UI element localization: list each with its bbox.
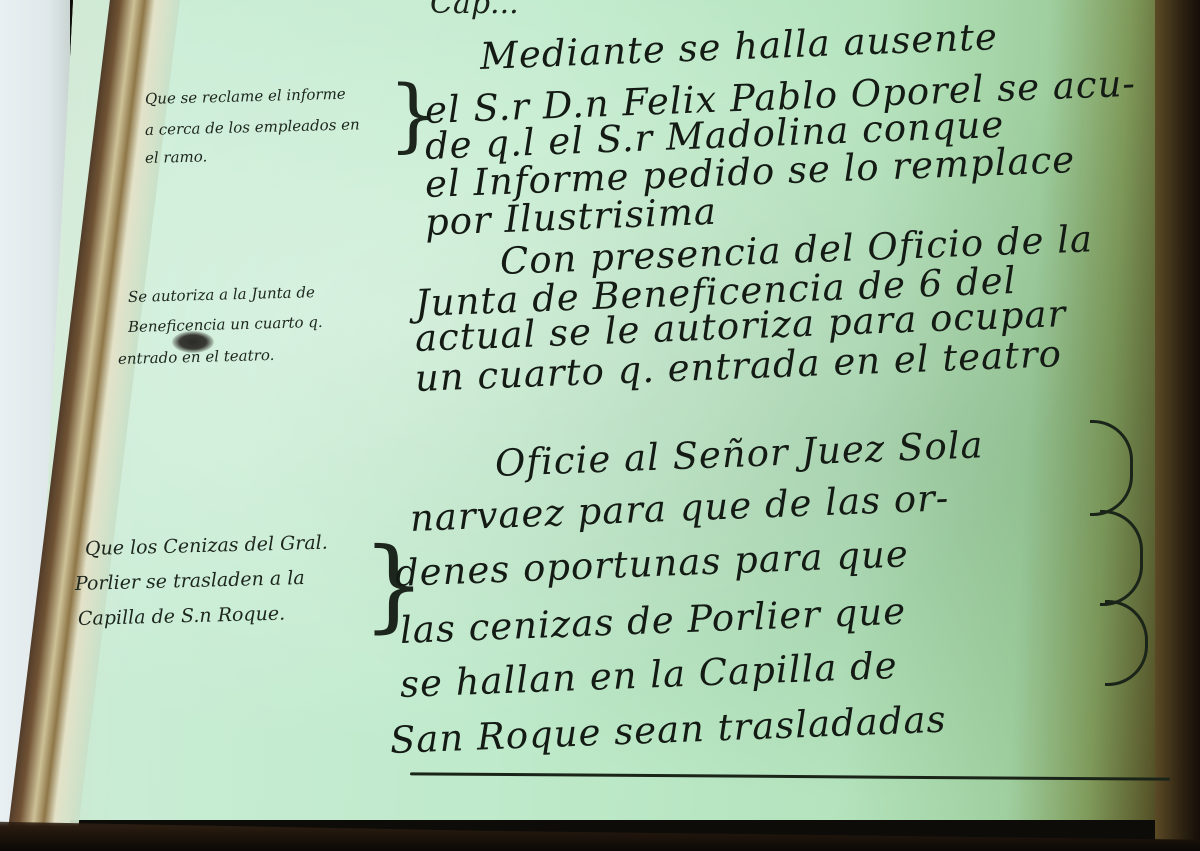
top-line-fragment: Cap... [430, 0, 519, 21]
book-binding [1155, 0, 1200, 851]
margin-note-line: el ramo. [145, 149, 208, 166]
margin-note-line: Capilla de S.n Roque. [78, 605, 286, 629]
ink-blot [172, 331, 214, 353]
